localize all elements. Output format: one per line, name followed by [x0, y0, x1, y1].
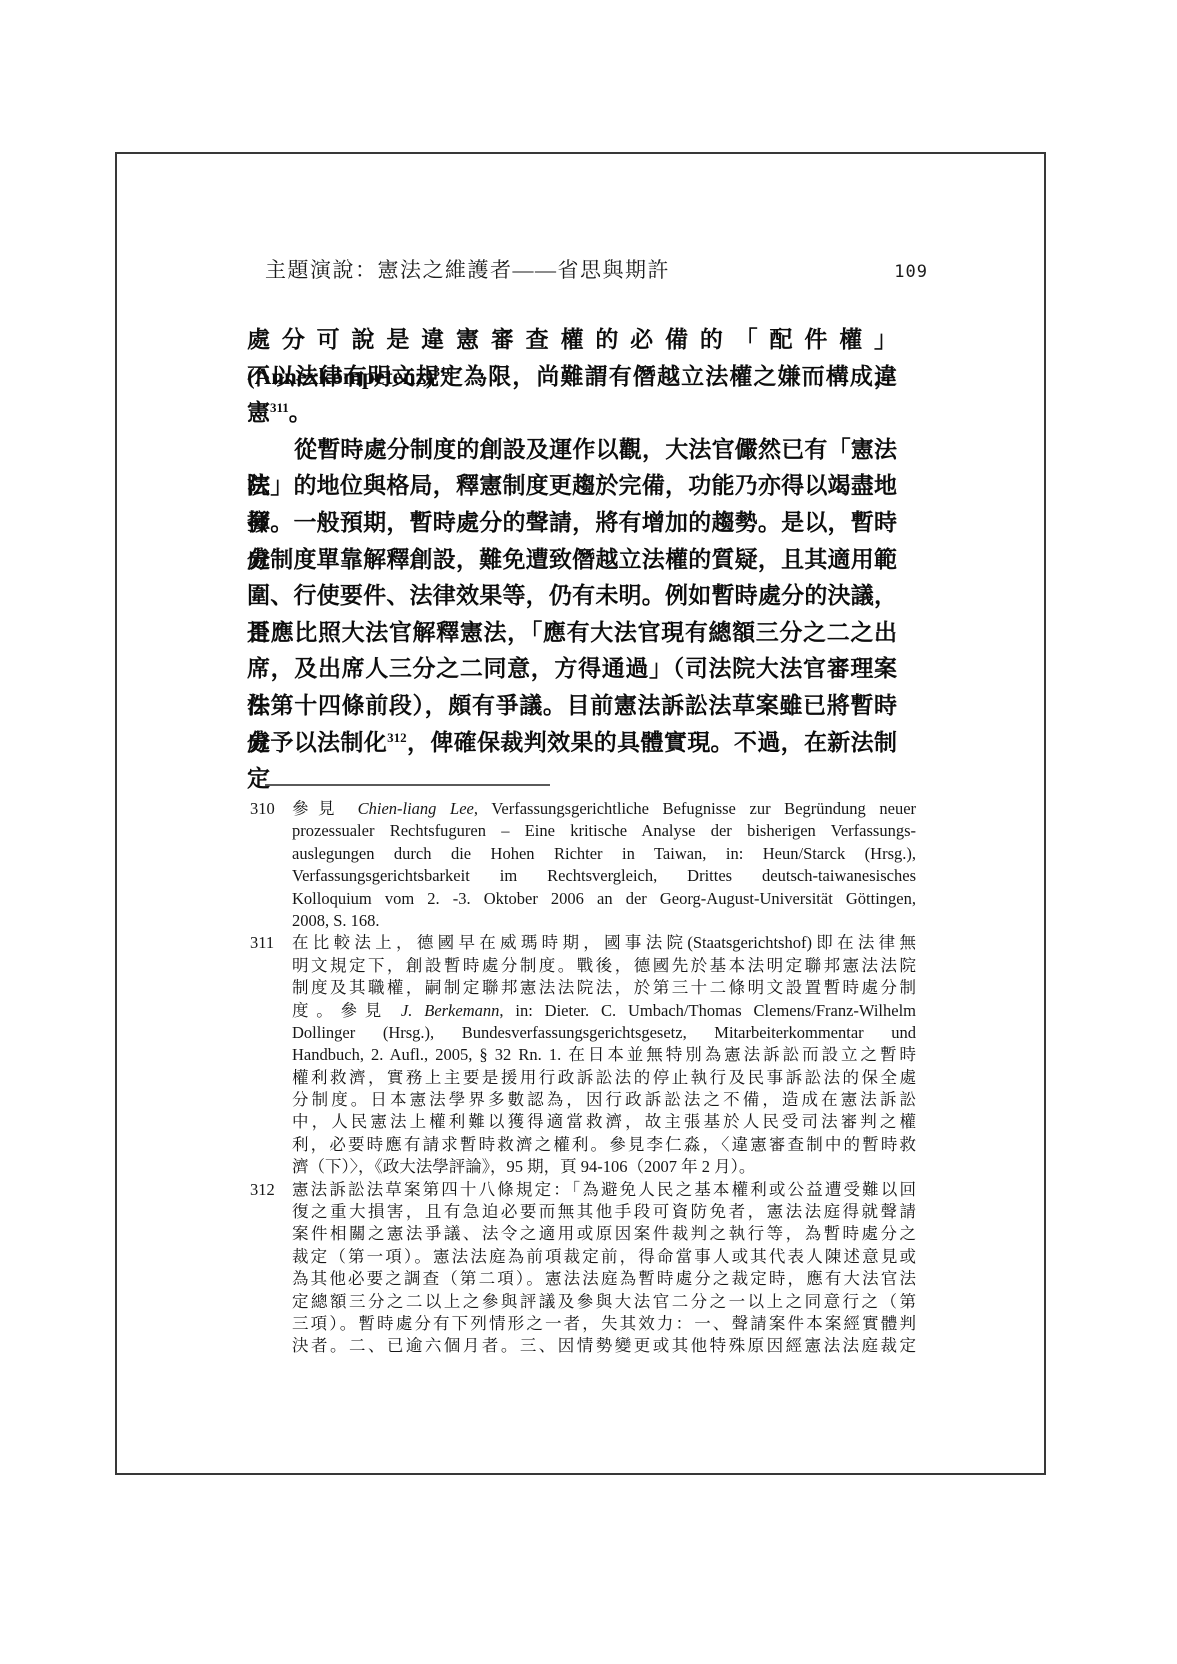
footnote-reference: 312 — [387, 730, 407, 745]
footnote-line: 明文規定下，創設暫時處分制度。戰後，德國先於基本法明定聯邦憲法法院 — [292, 955, 916, 977]
footnote-text: 憲法訴訟法草案第四十八條規定：「為避免人民之基本權利或公益遭受難以回復之重大損害… — [292, 1179, 916, 1358]
footnote-line: Verfassungsgerichtsbarkeit im Rechtsverg… — [292, 865, 916, 887]
body-line: 從暫時處分制度的創設及運作以觀，大法官儼然已有「憲法法 — [247, 432, 897, 469]
text-segment: prozessualer Rechtsfuguren – Eine kritis… — [292, 821, 916, 840]
footnote-reference: 311 — [270, 400, 289, 415]
text-segment: 裁定（第一項）。憲法法庭為前項裁定前，得命當事人或其代表人陳述意見或 — [292, 1247, 916, 1266]
body-line: 憲311。 — [247, 395, 897, 432]
body-line: 席，及出席人三分之二同意，方得通過」（司法院大法官審理案件 — [247, 651, 897, 688]
text-segment: 否應比照大法官解釋憲法，「應有大法官現有總額三分之二之出 — [247, 620, 897, 645]
document-page: 主題演說：憲法之維護者——省思與期許 109 處分可說是違憲審查權的必備的「配件… — [115, 152, 1046, 1475]
body-line: 分制度單靠解釋創設，難免遭致僭越立法權的質疑，且其適用範 — [247, 542, 897, 579]
footnote-line: Kolloquium vom 2. -3. Oktober 2006 an de… — [292, 888, 916, 910]
text-segment: 2008, S. 168. — [292, 911, 380, 930]
text-segment: 憲法訴訟法草案第四十八條規定：「為避免人民之基本權利或公益遭受難以回 — [292, 1180, 916, 1199]
text-segment: 。 — [289, 400, 312, 425]
body-line: 院」的地位與格局，釋憲制度更趨於完備，功能乃亦得以竭盡地發 — [247, 468, 897, 505]
footnote-row: 310參見 Chien-liang Lee, Verfassungsgerich… — [250, 798, 916, 932]
footnote-line: 2008, S. 168. — [292, 910, 916, 932]
text-segment: 中，人民憲法上權利難以獲得適當救濟，故主張基於人民受司法審判之權 — [292, 1112, 916, 1131]
footnotes: 310參見 Chien-liang Lee, Verfassungsgerich… — [250, 798, 916, 1358]
footnote-line: 定總額三分之二以上之參與評議及參與大法官二分之一以上之同意行之（第 — [292, 1291, 916, 1313]
text-segment: 在比較法上，德國早在威瑪時期，國事法院(Staatsgerichtshof)即在… — [292, 933, 916, 952]
footnote-line: 三項）。暫時處分有下列情形之一者，失其效力：一、聲請案件本案經實體判 — [292, 1313, 916, 1335]
text-segment: 分制度。日本憲法學界多數認為，因行政訴訟法之不備，造成在憲法訴訟 — [292, 1090, 916, 1109]
scan-background: { "header": { "title": "主題演說：憲法之維護者——省思與… — [0, 0, 1177, 1664]
footnote-line: prozessualer Rechtsfuguren – Eine kritis… — [292, 820, 916, 842]
text-segment: 三項）。暫時處分有下列情形之一者，失其效力：一、聲請案件本案經實體判 — [292, 1314, 916, 1333]
text-segment: 制度及其職權，嗣制定聯邦憲法法院法，於第三十二條明文設置暫時處分制 — [292, 978, 916, 997]
text-segment: 分予以法制化 — [247, 730, 387, 755]
footnote-line: 制度及其職權，嗣制定聯邦憲法法院法，於第三十二條明文設置暫時處分制 — [292, 977, 916, 999]
footnote-line: 濟（下）〉，《政大法學評論》，95 期，頁 94-106（2007 年 2 月）… — [292, 1156, 916, 1178]
body-line: 分予以法制化312，俾確保裁判效果的具體實現。不過，在新法制定 — [247, 725, 897, 762]
text-segment: J. Berkemann — [401, 1001, 499, 1020]
running-title: 主題演說：憲法之維護者——省思與期許 — [265, 254, 670, 284]
text-segment: 利，必要時應有請求暫時救濟之權利。參見李仁淼，〈違憲審查制中的暫時救 — [292, 1135, 916, 1154]
text-segment: 權利救濟，實務上主要是援用行政訴訟法的停止執行及民事訴訟法的保全處 — [292, 1068, 916, 1087]
text-segment: Kolloquium vom 2. -3. Oktober 2006 an de… — [292, 889, 916, 908]
text-segment: auslegungen durch die Hohen Richter in T… — [292, 844, 916, 863]
text-segment: 為其他必要之調查（第二項）。憲法法庭為暫時處分之裁定時，應有大法官法 — [292, 1269, 916, 1288]
footnote-line: 權利救濟，實務上主要是援用行政訴訟法的停止執行及民事訴訟法的保全處 — [292, 1067, 916, 1089]
footnote-line: 復之重大損害，且有急迫必要而無其他手段可資防免者，憲法法庭得就聲請 — [292, 1201, 916, 1223]
text-segment: 案件相關之憲法爭議、法令之適用或原因案件裁判之執行等，為暫時處分之 — [292, 1224, 916, 1243]
footnote-line: Dollinger (Hrsg.), Bundesverfassungsgeri… — [292, 1022, 916, 1044]
body-text: 處分可說是違憲審查權的必備的「配件權」(Annexkompetenz)310，不… — [247, 322, 897, 761]
text-segment: Handbuch, 2. Aufl., 2005, § 32 Rn. 1. 在日… — [292, 1045, 916, 1064]
footnote-line: 度。參見 J. Berkemann, in: Dieter. C. Umbach… — [292, 1000, 916, 1022]
footnote-text: 在比較法上，德國早在威瑪時期，國事法院(Staatsgerichtshof)即在… — [292, 932, 916, 1178]
page-header: 主題演說：憲法之維護者——省思與期許 109 — [265, 254, 928, 284]
footnote-line: 案件相關之憲法爭議、法令之適用或原因案件裁判之執行等，為暫時處分之 — [292, 1223, 916, 1245]
body-line: 法第十四條前段），頗有爭議。目前憲法訴訟法草案雖已將暫時處 — [247, 688, 897, 725]
footnote-line: 決者。二、已逾六個月者。三、因情勢變更或其他特殊原因經憲法法庭裁定 — [292, 1335, 916, 1357]
text-segment: 定總額三分之二以上之參與評議及參與大法官二分之一以上之同意行之（第 — [292, 1292, 916, 1311]
text-segment: 參見 — [292, 799, 358, 818]
body-line: 揮。一般預期，暫時處分的聲請，將有增加的趨勢。是以，暫時處 — [247, 505, 897, 542]
footnote-line: 在比較法上，德國早在威瑪時期，國事法院(Staatsgerichtshof)即在… — [292, 932, 916, 954]
footnote-line: auslegungen durch die Hohen Richter in T… — [292, 843, 916, 865]
text-segment: Verfassungsgerichtsbarkeit im Rechtsverg… — [292, 866, 916, 885]
text-segment: 濟（下）〉，《政大法學評論》，95 期，頁 94-106（2007 年 2 月）… — [292, 1157, 755, 1176]
body-line: 不以法律有明文規定為限，尚難謂有僭越立法權之嫌而構成違 — [247, 359, 897, 396]
footnote-line: 憲法訴訟法草案第四十八條規定：「為避免人民之基本權利或公益遭受難以回 — [292, 1179, 916, 1201]
footnote-row: 312憲法訴訟法草案第四十八條規定：「為避免人民之基本權利或公益遭受難以回復之重… — [250, 1179, 916, 1358]
text-segment: 憲 — [247, 400, 270, 425]
footnote-text: 參見 Chien-liang Lee, Verfassungsgerichtli… — [292, 798, 916, 932]
text-segment: 決者。二、已逾六個月者。三、因情勢變更或其他特殊原因經憲法法庭裁定 — [292, 1336, 916, 1355]
body-line: 否應比照大法官解釋憲法，「應有大法官現有總額三分之二之出 — [247, 615, 897, 652]
footnote-row: 311在比較法上，德國早在威瑪時期，國事法院(Staatsgerichtshof… — [250, 932, 916, 1178]
text-segment: , Verfassungsgerichtliche Befugnisse zur… — [474, 799, 916, 818]
text-segment: 明文規定下，創設暫時處分制度。戰後，德國先於基本法明定聯邦憲法法院 — [292, 956, 916, 975]
text-segment: 復之重大損害，且有急迫必要而無其他手段可資防免者，憲法法庭得就聲請 — [292, 1202, 916, 1221]
footnote-line: 為其他必要之調查（第二項）。憲法法庭為暫時處分之裁定時，應有大法官法 — [292, 1268, 916, 1290]
text-segment: Chien-liang Lee — [358, 799, 474, 818]
footnote-number: 311 — [250, 932, 292, 1178]
text-segment: , in: Dieter. C. Umbach/Thomas Clemens/F… — [499, 1001, 916, 1020]
footnote-number: 312 — [250, 1179, 292, 1358]
footnote-number: 310 — [250, 798, 292, 932]
body-line: 處分可說是違憲審查權的必備的「配件權」(Annexkompetenz)310， — [247, 322, 897, 359]
text-segment: 度。參見 — [292, 1001, 401, 1020]
footnote-line: 利，必要時應有請求暫時救濟之權利。參見李仁淼，〈違憲審查制中的暫時救 — [292, 1134, 916, 1156]
footnote-line: 分制度。日本憲法學界多數認為，因行政訴訟法之不備，造成在憲法訴訟 — [292, 1089, 916, 1111]
body-line: 圍、行使要件、法律效果等，仍有未明。例如暫時處分的決議，是 — [247, 578, 897, 615]
page-number: 109 — [894, 262, 928, 282]
footnote-separator — [265, 784, 550, 786]
footnote-line: 中，人民憲法上權利難以獲得適當救濟，故主張基於人民受司法審判之權 — [292, 1111, 916, 1133]
text-segment: Dollinger (Hrsg.), Bundesverfassungsgeri… — [292, 1023, 916, 1042]
footnote-line: 參見 Chien-liang Lee, Verfassungsgerichtli… — [292, 798, 916, 820]
footnote-line: 裁定（第一項）。憲法法庭為前項裁定前，得命當事人或其代表人陳述意見或 — [292, 1246, 916, 1268]
footnote-line: Handbuch, 2. Aufl., 2005, § 32 Rn. 1. 在日… — [292, 1044, 916, 1066]
text-segment: 分制度單靠解釋創設，難免遭致僭越立法權的質疑，且其適用範 — [247, 547, 897, 572]
text-segment: 不以法律有明文規定為限，尚難謂有僭越立法權之嫌而構成違 — [247, 364, 897, 389]
